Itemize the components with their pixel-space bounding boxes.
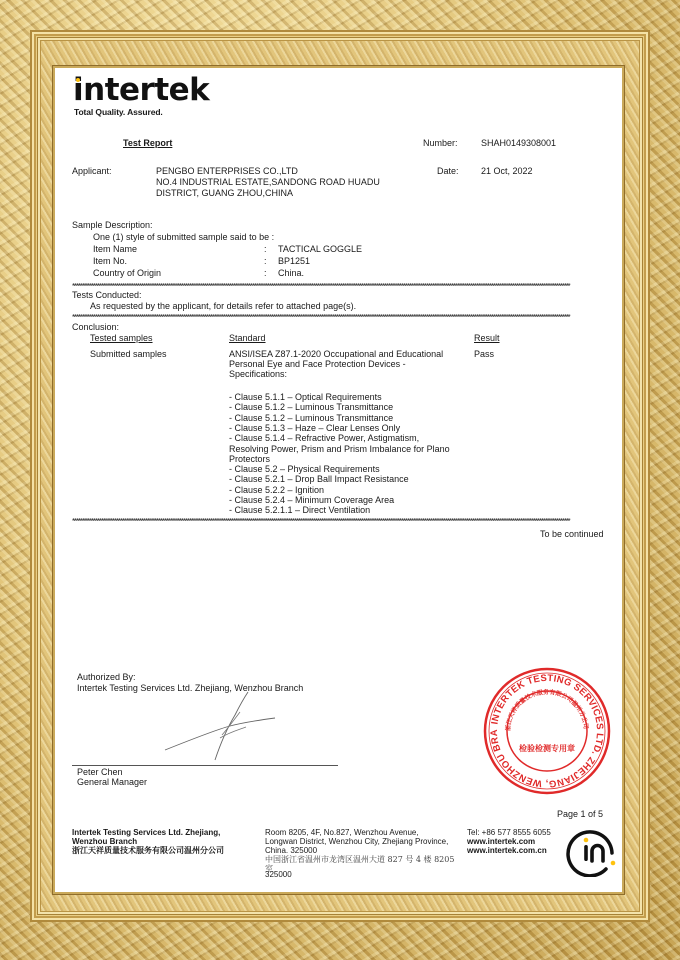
separator-dotted-1: ****************************************… (72, 283, 606, 288)
report-title: Test Report (123, 138, 172, 148)
tests-conducted-text: As requested by the applicant, for detai… (90, 301, 356, 312)
footer-address-line-4: 中国浙江省温州市龙湾区温州大道 827 号 4 楼 8205 (265, 855, 454, 864)
footer-company-line-3: 浙江天祥质量技术服务有限公司温州分公司 (72, 846, 224, 855)
footer-address-line-6: 325000 (265, 870, 292, 879)
intertek-logo: intertek (73, 73, 209, 107)
intertek-in-logo-icon (566, 823, 620, 877)
footer-website-com[interactable]: www.intertek.com (467, 837, 535, 846)
col-header-standard: Standard (229, 333, 266, 344)
item-no-value: BP1251 (278, 256, 310, 267)
clause-item: - Clause 5.2.1.1 – Direct Ventilation (229, 505, 370, 516)
applicant-line-3: DISTRICT, GUANG ZHOU,CHINA (156, 188, 293, 199)
origin-label: Country of Origin (93, 268, 161, 279)
signature (160, 690, 280, 765)
footer-website-cn[interactable]: www.intertek.com.cn (467, 846, 547, 855)
sample-description-label: Sample Description: (72, 220, 153, 231)
tests-conducted-label: Tests Conducted: (72, 290, 142, 301)
official-seal-stamp: INTERTEK TESTING SERVICES LTD. ZHEJIANG,… (482, 666, 612, 796)
item-no-sep: : (264, 256, 267, 267)
report-number: SHAH0149308001 (481, 138, 556, 149)
separator-dotted-3: ****************************************… (72, 518, 606, 523)
brand-tagline: Total Quality. Assured. (74, 107, 163, 117)
footer-company-line-1: Intertek Testing Services Ltd. Zhejiang, (72, 828, 220, 837)
applicant-line-2: NO.4 INDUSTRIAL ESTATE,SANDONG ROAD HUAD… (156, 177, 380, 188)
report-date: 21 Oct, 2022 (481, 166, 533, 177)
origin-sep: : (264, 268, 267, 279)
sample-intro: One (1) style of submitted sample said t… (93, 232, 274, 243)
footer-address-line-3: China. 325000 (265, 846, 317, 855)
number-label: Number: (423, 138, 458, 149)
separator-dotted-2: ****************************************… (72, 314, 606, 319)
result-value: Pass (474, 349, 494, 360)
applicant-label: Applicant: (72, 166, 112, 177)
date-label: Date: (437, 166, 459, 177)
standard-line-3: Specifications: (229, 369, 287, 380)
signature-line (72, 765, 338, 766)
origin-value: China. (278, 268, 304, 279)
tested-sample-value: Submitted samples (90, 349, 167, 360)
footer-address-line-2: Longwan District, Wenzhou City, Zhejiang… (265, 837, 448, 846)
item-no-label: Item No. (93, 256, 127, 267)
svg-text:检验检测专用章: 检验检测专用章 (519, 743, 575, 753)
logo-accent-dot (76, 78, 80, 82)
footer-address-line-1: Room 8205, 4F, No.827, Wenzhou Avenue, (265, 828, 419, 837)
to-be-continued: To be continued (540, 529, 604, 540)
signer-title: General Manager (77, 777, 147, 788)
item-name-sep: : (264, 244, 267, 255)
item-name-label: Item Name (93, 244, 137, 255)
applicant-line-1: PENGBO ENTERPRISES CO.,LTD (156, 166, 298, 177)
authorized-by-label: Authorized By: (77, 672, 136, 683)
page-indicator: Page 1 of 5 (557, 809, 603, 820)
item-name-value: TACTICAL GOGGLE (278, 244, 362, 255)
conclusion-label: Conclusion: (72, 322, 119, 333)
col-header-tested-samples: Tested samples (90, 333, 153, 344)
col-header-result: Result (474, 333, 500, 344)
footer-tel: Tel: +86 577 8555 6055 (467, 828, 551, 837)
